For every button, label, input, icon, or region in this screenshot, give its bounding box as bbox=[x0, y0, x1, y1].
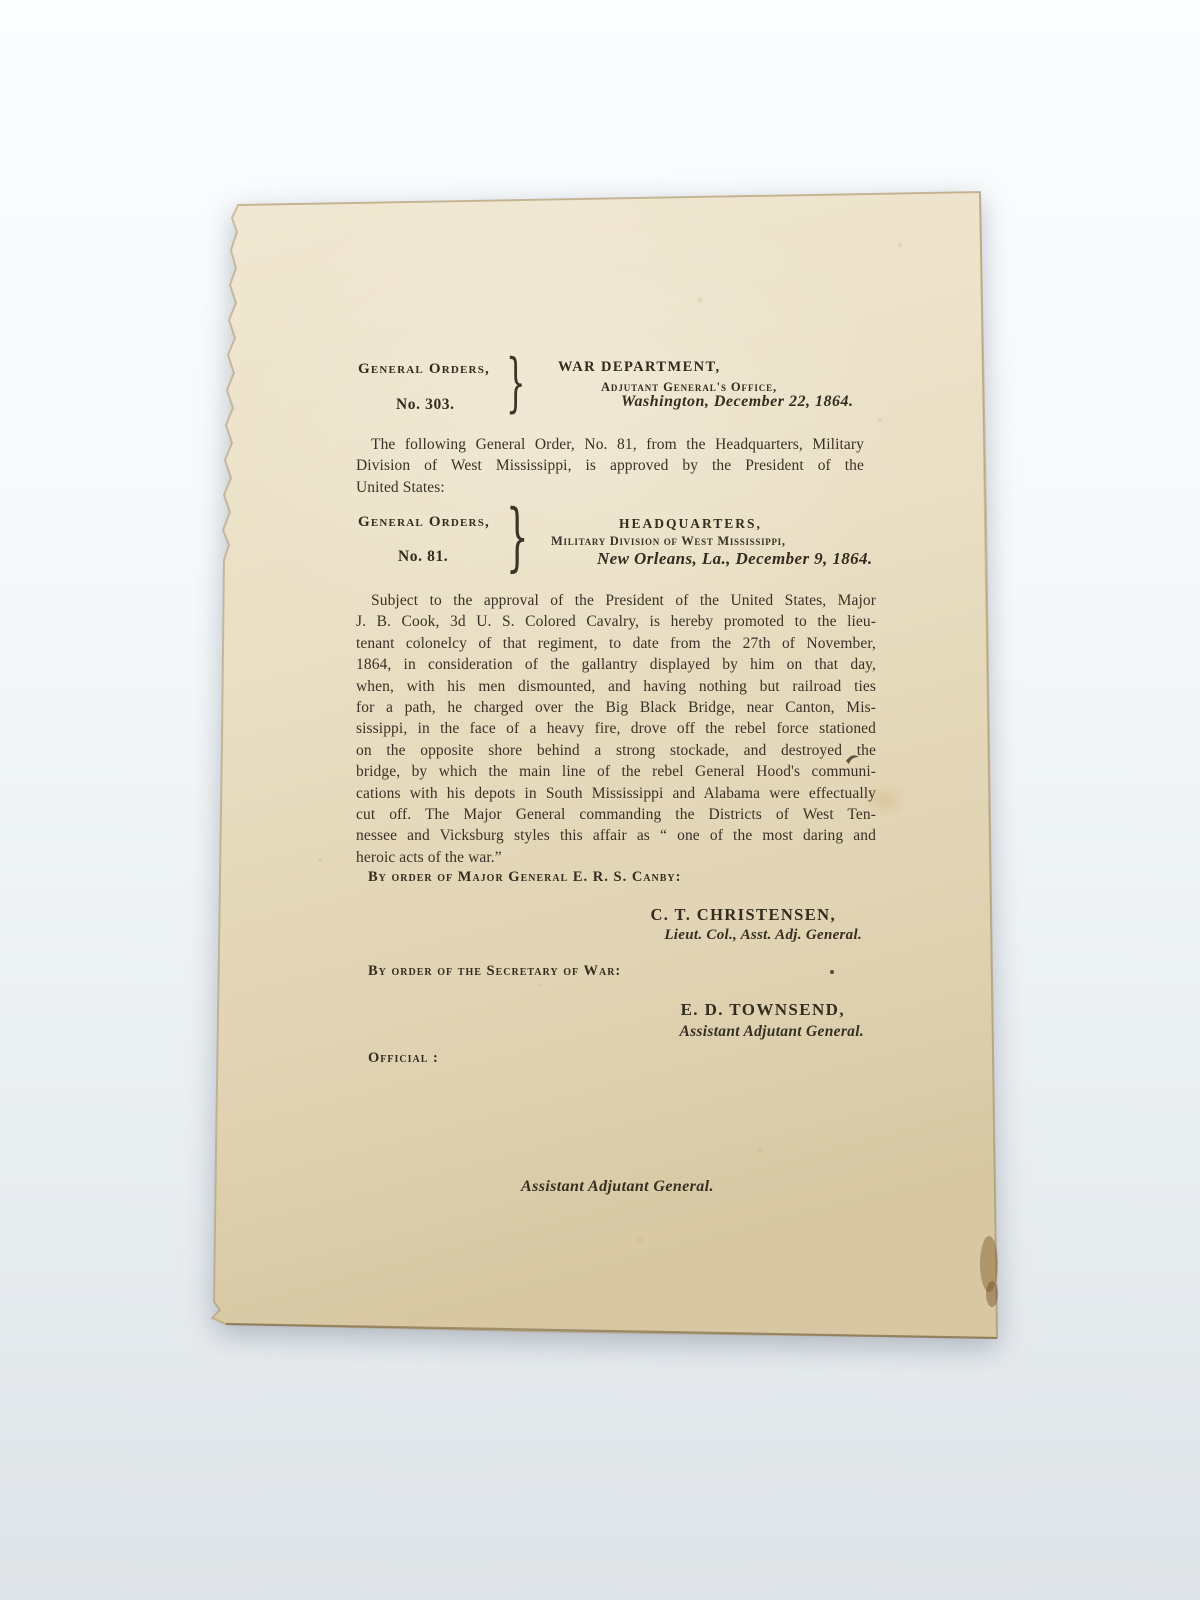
christensen-title: Lieut. Col., Asst. Adj. General. bbox=[664, 927, 862, 944]
order2-brace: } bbox=[506, 504, 529, 570]
townsend-title: Assistant Adjutant General. bbox=[679, 1023, 864, 1041]
stray-ink-dot bbox=[830, 970, 834, 974]
headquarters-line: HEADQUARTERS, bbox=[619, 516, 762, 532]
intro-line: The following General Order, No. 81, fro… bbox=[356, 434, 864, 455]
body-line: J. B. Cook, 3d U. S. Colored Cavalry, is… bbox=[356, 611, 876, 632]
order2-number: No. 81. bbox=[398, 548, 448, 566]
document-text: General Orders, No. 303. } WAR DEPARTMEN… bbox=[0, 0, 1200, 1600]
body-line: Subject to the approval of the President… bbox=[356, 590, 876, 611]
body-line: tenant colonelcy of that regiment, to da… bbox=[356, 633, 876, 654]
photo-backdrop: General Orders, No. 303. } WAR DEPARTMEN… bbox=[0, 0, 1200, 1600]
order1-number: No. 303. bbox=[396, 396, 455, 414]
intro-line: Division of West Mississippi, is approve… bbox=[356, 455, 864, 476]
body-line: when, with his men dismounted, and havin… bbox=[356, 676, 876, 697]
body-paragraph: Subject to the approval of the President… bbox=[356, 590, 876, 868]
new-orleans-dateline: New Orleans, La., December 9, 1864. bbox=[597, 549, 873, 569]
body-line: nessee and Vicksburg styles this affair … bbox=[356, 825, 876, 846]
body-line: for a path, he charged over the Big Blac… bbox=[356, 697, 876, 718]
body-line: sissippi, in the face of a heavy fire, d… bbox=[356, 718, 876, 739]
military-division-line: Military Division of West Mississippi, bbox=[551, 534, 786, 549]
war-department-line: WAR DEPARTMENT, bbox=[558, 359, 721, 376]
christensen-name: C. T. CHRISTENSEN, bbox=[650, 905, 836, 925]
by-order-canby-line: By order of Major General E. R. S. Canby… bbox=[368, 869, 681, 886]
order2-label: General Orders, bbox=[358, 514, 490, 531]
footer-assistant-adjutant-general: Assistant Adjutant General. bbox=[521, 1178, 714, 1196]
body-line: bridge, by which the main line of the re… bbox=[356, 761, 876, 782]
townsend-name: E. D. TOWNSEND, bbox=[681, 1000, 845, 1020]
body-line: cut off. The Major General commanding th… bbox=[356, 804, 876, 825]
body-line: on the opposite shore behind a strong st… bbox=[356, 740, 876, 761]
body-line: heroic acts of the war.” bbox=[356, 847, 876, 868]
order1-brace: } bbox=[506, 354, 526, 412]
intro-line: United States: bbox=[356, 477, 864, 498]
order1-label: General Orders, bbox=[358, 361, 490, 378]
by-order-secretary-line: By order of the Secretary of War: bbox=[368, 963, 621, 980]
official-label: Official : bbox=[368, 1050, 439, 1067]
intro-paragraph: The following General Order, No. 81, fro… bbox=[356, 434, 864, 498]
body-line: 1864, in consideration of the gallantry … bbox=[356, 654, 876, 675]
washington-dateline: Washington, December 22, 1864. bbox=[621, 393, 853, 411]
body-line: cations with his depots in South Mississ… bbox=[356, 783, 876, 804]
